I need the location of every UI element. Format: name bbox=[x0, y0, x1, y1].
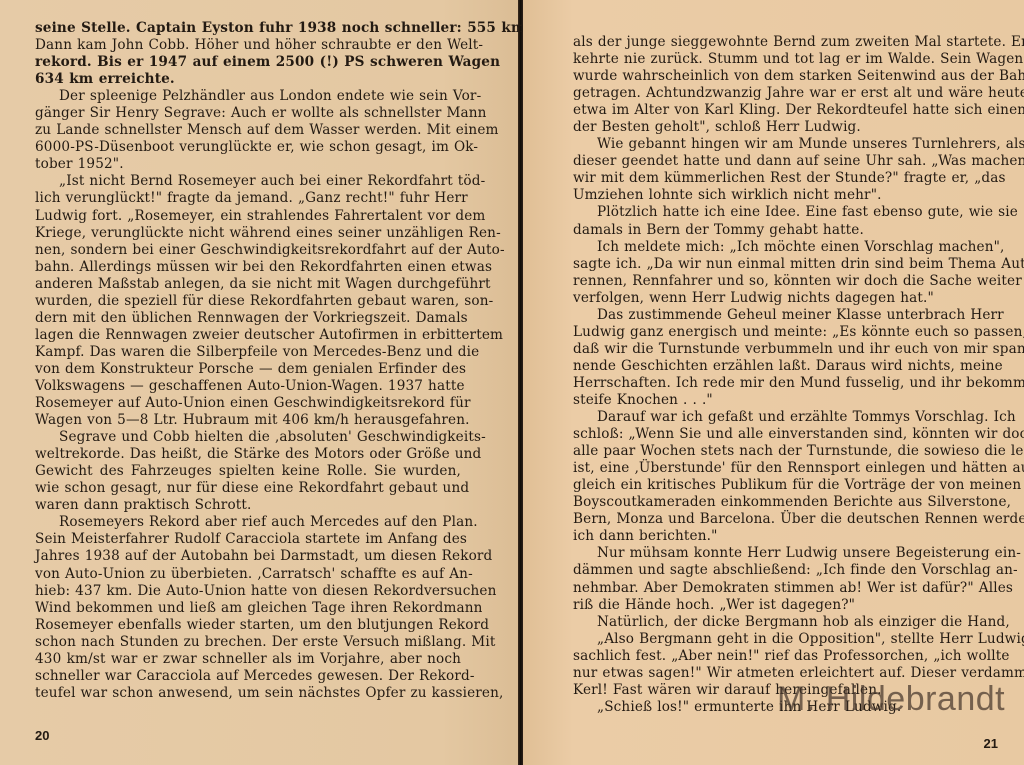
text-line: Sein Meisterfahrer Rudolf Caracciola sta… bbox=[35, 531, 461, 548]
text-line: Bern, Monza und Barcelona. Über die deut… bbox=[573, 511, 1000, 528]
text-line: dämmen und sagte abschließend: „Ich find… bbox=[573, 562, 1000, 579]
page-number-left: 20 bbox=[35, 728, 49, 743]
text-line: seine Stelle. Captain Eyston fuhr 1938 n… bbox=[35, 20, 461, 37]
text-line: „Ist nicht Bernd Rosemeyer auch bei eine… bbox=[35, 173, 461, 190]
text-line: Nur mühsam konnte Herr Ludwig unsere Beg… bbox=[573, 545, 1000, 562]
text-line: Boyscoutkameraden einkommenden Berichte … bbox=[573, 494, 1000, 511]
text-line: von Auto-Union zu überbieten. ‚Carratsch… bbox=[35, 566, 461, 583]
text-line: nen, sondern bei einer Geschwindigkeitsr… bbox=[35, 242, 461, 259]
text-line: Kriege, verunglückte nicht während eines… bbox=[35, 225, 461, 242]
text-line: Wie gebannt hingen wir am Munde unseres … bbox=[573, 136, 1000, 153]
text-line: Kampf. Das waren die Silberpfeile von Me… bbox=[35, 344, 461, 361]
text-line: lagen die Rennwagen zweier deutscher Aut… bbox=[35, 327, 461, 344]
text-line: 430 km/st war er zwar schneller als im V… bbox=[35, 651, 461, 668]
text-line: der Besten geholt", schloß Herr Ludwig. bbox=[573, 119, 1000, 136]
text-line: getragen. Achtundzwanzig Jahre war er er… bbox=[573, 85, 1000, 102]
text-line: nehmbar. Aber Demokraten stimmen ab! Wer… bbox=[573, 580, 1000, 597]
text-line: daß wir die Turnstunde verbummeln und ih… bbox=[573, 341, 1000, 358]
text-line: damals in Bern der Tommy gehabt hatte. bbox=[573, 222, 1000, 239]
text-line: 6000-PS-Düsenboot verunglückte er, wie s… bbox=[35, 139, 461, 156]
text-line: Segrave und Cobb hielten die ‚absoluten'… bbox=[35, 429, 461, 446]
left-page: seine Stelle. Captain Eyston fuhr 1938 n… bbox=[0, 0, 518, 765]
text-line: rekord. Bis er 1947 auf einem 2500 (!) P… bbox=[35, 54, 461, 71]
text-line: wir mit dem kümmerlichen Rest der Stunde… bbox=[573, 170, 1000, 187]
text-line: steife Knochen . . ." bbox=[573, 392, 1000, 409]
text-line: kehrte nie zurück. Stumm und tot lag er … bbox=[573, 51, 1000, 68]
text-line: Kerl! Fast wären wir darauf hereingefall… bbox=[573, 682, 1000, 699]
text-line: Herrschaften. Ich rede mir den Mund fuss… bbox=[573, 375, 1000, 392]
text-line: bahn. Allerdings müssen wir bei den Reko… bbox=[35, 259, 461, 276]
text-line: anderen Maßstab anlegen, da sie nicht mi… bbox=[35, 276, 461, 293]
text-line: gänger Sir Henry Segrave: Auch er wollte… bbox=[35, 105, 461, 122]
text-line: hieb: 437 km. Die Auto-Union hatte von d… bbox=[35, 583, 461, 600]
text-line: alle paar Wochen stets nach der Turnstun… bbox=[573, 443, 1000, 460]
text-line: Das zustimmende Geheul meiner Klasse unt… bbox=[573, 307, 1000, 324]
text-line: waren dann praktisch Schrott. bbox=[35, 497, 461, 514]
text-line: Natürlich, der dicke Bergmann hob als ei… bbox=[573, 614, 1000, 631]
text-line: Ich meldete mich: „Ich möchte einen Vors… bbox=[573, 239, 1000, 256]
book-spread: seine Stelle. Captain Eyston fuhr 1938 n… bbox=[0, 0, 1024, 765]
text-line: Jahres 1938 auf der Autobahn bei Darmsta… bbox=[35, 548, 461, 565]
text-line: Wind bekommen und ließ am gleichen Tage … bbox=[35, 600, 461, 617]
text-line: dieser geendet hatte und dann auf seine … bbox=[573, 153, 1000, 170]
text-line: verfolgen, wenn Herr Ludwig nichts dageg… bbox=[573, 290, 1000, 307]
text-line: Umziehen lohnte sich wirklich nicht mehr… bbox=[573, 187, 1000, 204]
text-line: „Schieß los!" ermunterte ihn Herr Ludwig… bbox=[573, 699, 1000, 716]
text-line: wurde wahrscheinlich von dem starken Sei… bbox=[573, 68, 1000, 85]
text-line: wurden, die speziell für diese Rekordfah… bbox=[35, 293, 461, 310]
text-line: Rosemeyer ebenfalls wieder starten, um d… bbox=[35, 617, 461, 634]
text-line: Ludwig fort. „Rosemeyer, ein strahlendes… bbox=[35, 208, 461, 225]
text-line: sachlich fest. „Aber nein!" rief das Pro… bbox=[573, 648, 1000, 665]
text-line: „Also Bergmann geht in die Opposition", … bbox=[573, 631, 1000, 648]
text-line: als der junge sieggewohnte Bernd zum zwe… bbox=[573, 34, 1000, 51]
page-number-right: 21 bbox=[984, 736, 998, 751]
right-page: als der junge sieggewohnte Bernd zum zwe… bbox=[523, 0, 1024, 765]
text-line: weltrekorde. Das heißt, die Stärke des M… bbox=[35, 446, 461, 463]
text-line: schon nach Stunden zu brechen. Der erste… bbox=[35, 634, 461, 651]
left-page-text: seine Stelle. Captain Eyston fuhr 1938 n… bbox=[35, 20, 461, 702]
text-line: Gewicht des Fahrzeuges spielten keine Ro… bbox=[35, 463, 461, 480]
text-line: riß die Hände hoch. „Wer ist dagegen?" bbox=[573, 597, 1000, 614]
text-line: wie schon gesagt, nur für diese eine Rek… bbox=[35, 480, 461, 497]
text-line: 634 km erreichte. bbox=[35, 71, 461, 88]
text-line: sagte ich. „Da wir nun einmal mitten dri… bbox=[573, 256, 1000, 273]
text-line: Rosemeyer auf Auto-Union einen Geschwind… bbox=[35, 395, 461, 412]
text-line: tober 1952". bbox=[35, 156, 461, 173]
text-line: nur etwas sagen!" Wir atmeten erleichter… bbox=[573, 665, 1000, 682]
text-line: dern mit den üblichen Rennwagen der Vork… bbox=[35, 310, 461, 327]
text-line: etwa im Alter von Karl Kling. Der Rekord… bbox=[573, 102, 1000, 119]
text-line: von dem Konstrukteur Porsche — dem genia… bbox=[35, 361, 461, 378]
text-line: zu Lande schnellster Mensch auf dem Wass… bbox=[35, 122, 461, 139]
text-line: ich dann berichten." bbox=[573, 528, 1000, 545]
text-line: Dann kam John Cobb. Höher und höher schr… bbox=[35, 37, 461, 54]
text-line: Plötzlich hatte ich eine Idee. Eine fast… bbox=[573, 204, 1000, 221]
text-line: Volkswagens — geschaffenen Auto-Union-Wa… bbox=[35, 378, 461, 395]
text-line: ist, eine ‚Überstunde' für den Rennsport… bbox=[573, 460, 1000, 477]
right-page-text: als der junge sieggewohnte Bernd zum zwe… bbox=[573, 34, 1000, 716]
text-line: nende Geschichten erzählen laßt. Daraus … bbox=[573, 358, 1000, 375]
text-line: lich verunglückt!" fragte da jemand. „Ga… bbox=[35, 190, 461, 207]
text-line: gleich ein kritisches Publikum für die V… bbox=[573, 477, 1000, 494]
text-line: schloß: „Wenn Sie und alle einverstanden… bbox=[573, 426, 1000, 443]
text-line: schneller war Caracciola auf Mercedes ge… bbox=[35, 668, 461, 685]
text-line: Rosemeyers Rekord aber rief auch Mercede… bbox=[35, 514, 461, 531]
text-line: rennen, Rennfahrer und so, könnten wir d… bbox=[573, 273, 1000, 290]
text-line: Der spleenige Pelzhändler aus London end… bbox=[35, 88, 461, 105]
text-line: Darauf war ich gefaßt und erzählte Tommy… bbox=[573, 409, 1000, 426]
text-line: teufel war schon anwesend, um sein nächs… bbox=[35, 685, 461, 702]
text-line: Ludwig ganz energisch und meinte: „Es kö… bbox=[573, 324, 1000, 341]
text-line: Wagen von 5—8 Ltr. Hubraum mit 406 km/h … bbox=[35, 412, 461, 429]
